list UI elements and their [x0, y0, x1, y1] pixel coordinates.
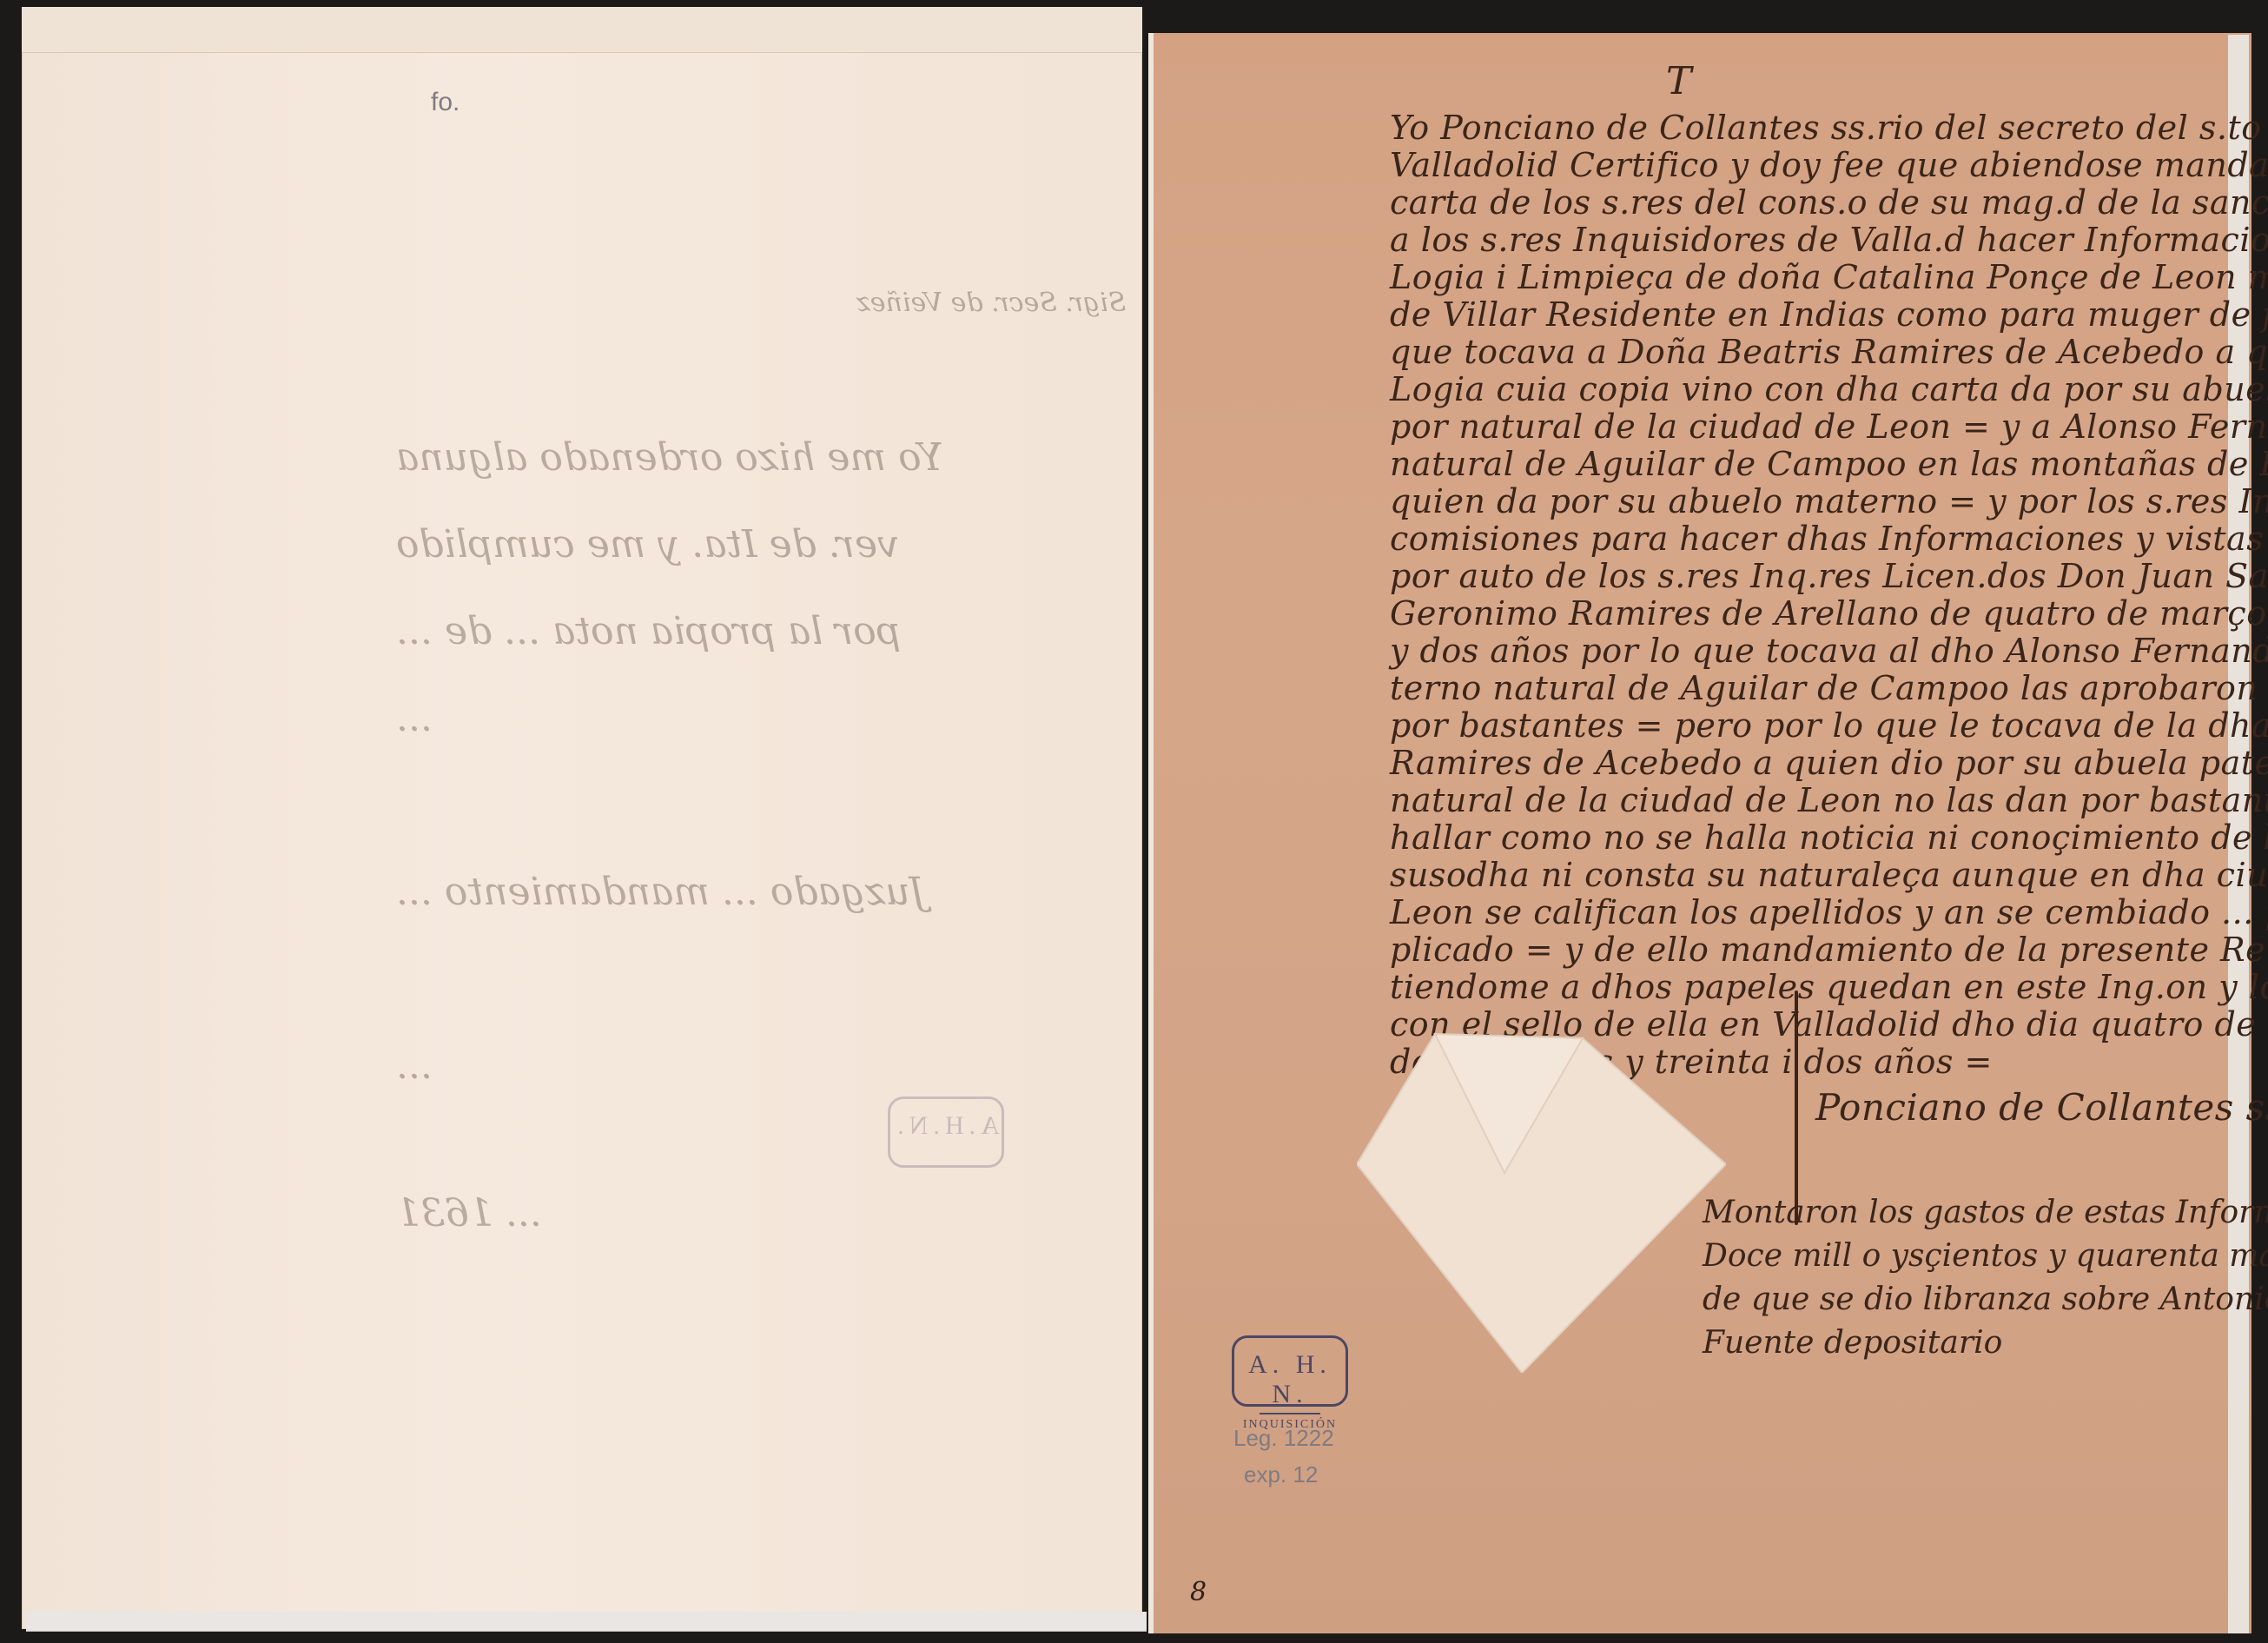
manuscript-line: carta de los s.res del cons.o de su mag.…	[1390, 183, 2268, 222]
show-through-line: ver. de Ita. y me cumplido	[396, 522, 899, 566]
manuscript-line: de Villar Residente en Indias como para …	[1390, 295, 2268, 334]
header-mark: T	[1666, 59, 1691, 103]
manuscript-line: Logia cuia copia vino con dha carta da p…	[1390, 370, 2268, 408]
folio-mark: fo.	[431, 88, 460, 117]
manuscript-line: y dos años por lo que tocava al dho Alon…	[1390, 632, 2268, 670]
margin-note-line: Montaron los gastos de estas Informaçion…	[1703, 1195, 2268, 1230]
show-through-line: ...	[396, 1043, 433, 1088]
manuscript-line: tiendome a dhos papeles quedan en este I…	[1390, 968, 2268, 1006]
margin-note-line: Doce mill o ysçientos y quarenta marvs	[1703, 1238, 2268, 1274]
manuscript-line: Logia i Limpieça de doña Catalina Ponçe …	[1390, 258, 2268, 296]
manuscript-line: terno natural de Aguilar de Campoo las a…	[1390, 669, 2268, 707]
paraph-stroke	[1795, 990, 1798, 1225]
manuscript-line: quien da por su abuelo materno = y por l…	[1390, 482, 2268, 520]
manuscript-line: comisiones para hacer dhas Informaciones…	[1390, 520, 2268, 558]
left-page-stack-edge	[26, 1612, 1147, 1632]
margin-note-line: Fuente depositario	[1703, 1325, 2002, 1361]
show-through-line: Juzgado ... mandamiento ...	[396, 870, 925, 914]
show-through-line: ...	[396, 696, 433, 740]
signature: Ponciano de Collantes ss.rio	[1815, 1086, 2268, 1129]
manuscript-line: Geronimo Ramires de Arellano de quatro d…	[1390, 594, 2268, 633]
manuscript-line: natural de Aguilar de Campoo en las mont…	[1390, 445, 2268, 483]
show-through-archive-stamp: A.H.N.	[888, 1096, 1004, 1168]
manuscript-line: natural de la ciudad de Leon no las dan …	[1390, 781, 2268, 819]
manuscript-line: por bastantes = pero por lo que le tocav…	[1390, 706, 2268, 745]
manuscript-line: Leon se califican los apellidos y an se …	[1390, 893, 2268, 931]
show-through-line: Sigr. Secr. de Veiñez	[856, 288, 1126, 318]
page-number: 8	[1190, 1577, 1207, 1607]
legajo-reference: Leg. 1222	[1233, 1425, 1334, 1452]
manuscript-line: por natural de la ciudad de Leon = y a A…	[1390, 407, 2268, 446]
left-page: fo. Sigr. Secr. de Veiñez Yo me hizo ord…	[22, 52, 1142, 1629]
archive-stamp: A. H. N. INQUISICIÓN	[1232, 1335, 1348, 1407]
manuscript-line: a los s.res Inquisidores de Valla.d hace…	[1390, 221, 2268, 259]
manuscript-line: plicado = y de ello mandamiento de la pr…	[1390, 931, 2268, 969]
show-through-line: ... 1631	[396, 1191, 542, 1236]
paper-seal-patch	[1357, 1025, 1726, 1373]
stamp-rule	[1260, 1413, 1320, 1414]
show-through-line: Yo me hizo ordenado alguna	[396, 435, 943, 480]
manuscript-line: que tocava a Doña Beatris Ramires de Ace…	[1390, 333, 2268, 371]
manuscript-line: susodha ni consta su naturaleça aunque e…	[1390, 856, 2268, 894]
expediente-reference: exp. 12	[1244, 1461, 1318, 1488]
manuscript-line: Ramires de Acebedo a quien dio por su ab…	[1390, 744, 2268, 782]
manuscript-line: Valladolid Certifico y doy fee que abien…	[1390, 146, 2268, 184]
margin-note-line: de que se dio libranza sobre Antonio de …	[1703, 1282, 2268, 1317]
manuscript-line: por auto de los s.res Inq.res Licen.dos …	[1390, 557, 2268, 595]
manuscript-line: hallar como no se halla noticia ni conoç…	[1390, 818, 2268, 857]
show-through-line: por la propia nota ... de ...	[396, 609, 901, 653]
manuscript-line: Yo Ponciano de Collantes ss.rio del secr…	[1390, 109, 2268, 147]
